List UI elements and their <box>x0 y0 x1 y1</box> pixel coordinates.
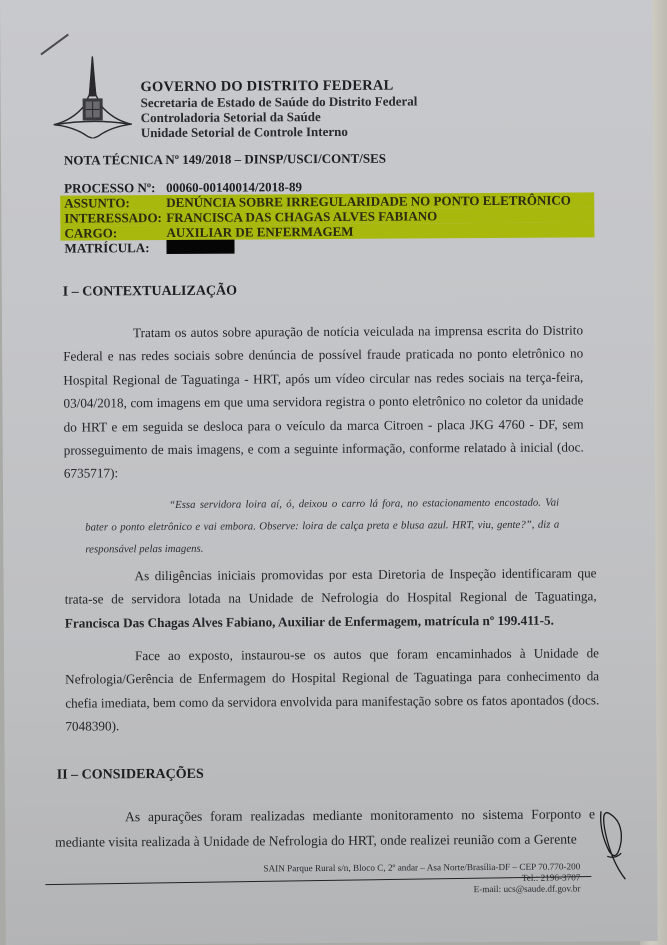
quote-text: “Essa servidora loira aí, ó, deixou o ca… <box>85 492 559 561</box>
matricula-row: MATRÍCULA: <box>64 237 594 255</box>
org-name: GOVERNO DO DISTRITO FEDERAL <box>140 77 417 95</box>
processo-label: PROCESSO Nº: <box>64 180 166 196</box>
footer-email-line: E-mail: ucs@saude.df.gov.br <box>264 883 581 896</box>
quote-block: “Essa servidora loira aí, ó, deixou o ca… <box>85 492 559 561</box>
section-title-consideracoes: II – CONSIDERAÇÕES <box>57 767 204 784</box>
section-title-contextualizacao: I – CONTEXTUALIZAÇÃO <box>63 284 237 301</box>
footer-email-link[interactable]: ucs@saude.df.gov.br <box>503 883 580 893</box>
secretaria-name: Secretaria de Estado de Saúde do Distrit… <box>141 93 418 110</box>
nota-tecnica-title: NOTA TÉCNICA Nº 149/2018 – DINSP/USCI/CO… <box>64 151 386 169</box>
paragraph-contextualizacao-2: As diligências iniciais promovidas por e… <box>64 561 596 634</box>
assunto-label: ASSUNTO: <box>64 195 166 211</box>
footer-contact: SAIN Parque Rural s/n, Bloco C, 2º andar… <box>263 861 580 896</box>
cargo-label: CARGO: <box>64 225 166 241</box>
paragraph-contextualizacao-1: Tratam os autos sobre apuração de notíci… <box>63 318 584 485</box>
process-metadata: PROCESSO Nº: 00060-00140014/2018-89 ASSU… <box>64 177 594 255</box>
footer-email-label: E-mail: <box>474 884 504 894</box>
paragraph-2-text: As diligências iniciais promovidas por e… <box>65 565 597 607</box>
letterhead: GOVERNO DO DISTRITO FEDERAL Secretaria d… <box>140 77 417 140</box>
servidora-identification: Francisca Das Chagas Alves Fabiano, Auxi… <box>65 612 554 630</box>
unidade-name: Unidade Setorial de Controle Interno <box>141 123 418 140</box>
controladoria-name: Controladoria Setorial da Saúde <box>141 108 418 125</box>
cargo-value: AUXILIAR DE ENFERMAGEM <box>166 224 353 240</box>
assunto-value: DENÚNCIA SOBRE IRREGULARIDADE NO PONTO E… <box>166 193 571 210</box>
processo-value: 00060-00140014/2018-89 <box>166 179 302 195</box>
interessado-value: FRANCISCA DAS CHAGAS ALVES FABIANO <box>166 208 437 225</box>
pen-mark <box>40 34 69 56</box>
redaction-bar <box>166 240 234 254</box>
paragraph-contextualizacao-3: Face ao exposto, instaurou-se os autos q… <box>65 641 600 738</box>
document-page: GOVERNO DO DISTRITO FEDERAL Secretaria d… <box>0 0 658 945</box>
brasilia-coat-of-arms-icon <box>51 54 134 138</box>
matricula-label: MATRÍCULA: <box>64 240 166 256</box>
interessado-label: INTERESSADO: <box>64 210 166 226</box>
signature-mark <box>595 801 635 881</box>
paragraph-consideracoes-1: As apurações foram realizadas mediante m… <box>55 801 595 854</box>
